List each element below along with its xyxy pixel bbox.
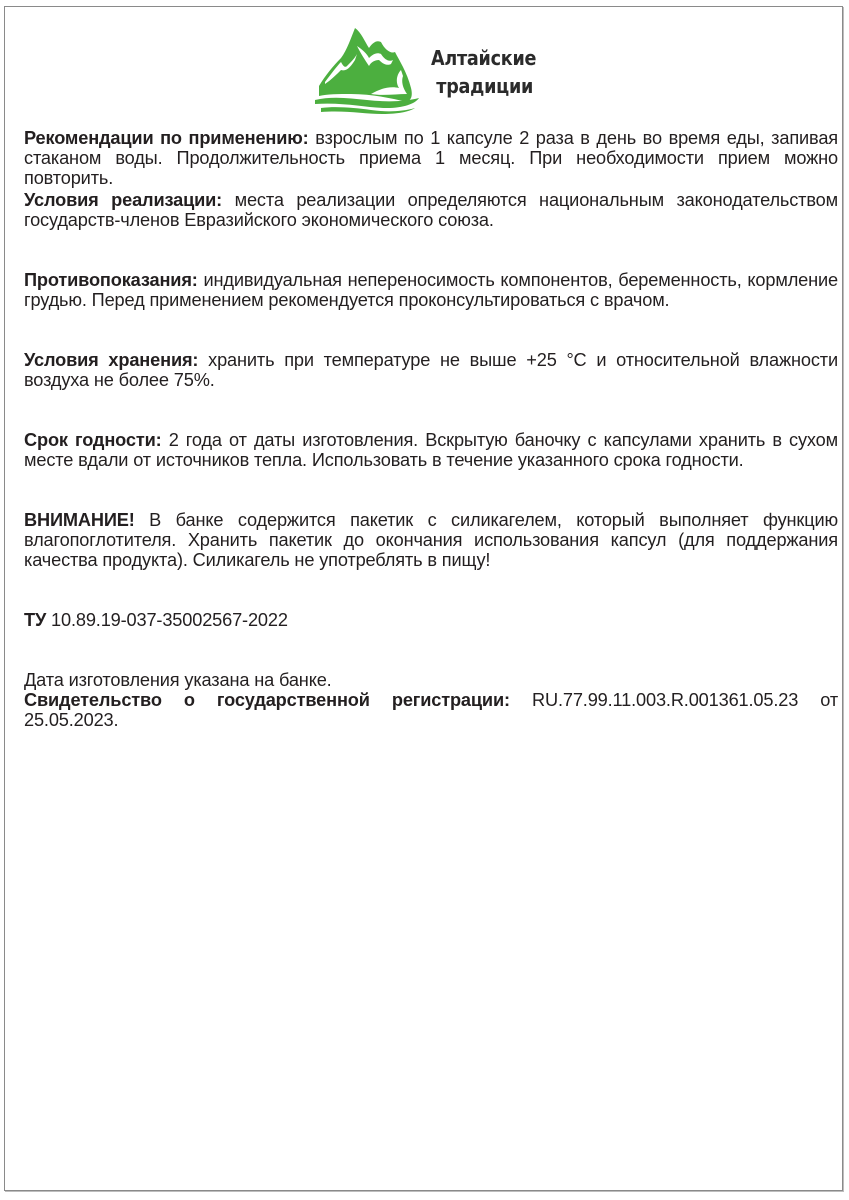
contraindications-label: Противопоказания: xyxy=(24,270,198,290)
sale-paragraph: Условия реализации: места реализации опр… xyxy=(24,190,838,230)
warning-paragraph: ВНИМАНИЕ! В банке содержится пакетик с с… xyxy=(24,510,838,570)
brand-name-line2: традиции xyxy=(431,72,536,100)
manufacture-date-paragraph: Дата изготовления указана на банке. xyxy=(24,670,838,690)
registration-paragraph: Свидетельство о государственной регистра… xyxy=(24,690,838,730)
warning-label: ВНИМАНИЕ! xyxy=(24,510,135,530)
contraindications-paragraph: Противопоказания: индивидуальная неперен… xyxy=(24,270,838,310)
storage-paragraph: Условия хранения: хранить при температур… xyxy=(24,350,838,390)
storage-label: Условия хранения: xyxy=(24,350,198,370)
shelf-life-paragraph: Срок годности: 2 года от даты изготовлен… xyxy=(24,430,838,470)
usage-paragraph: Рекомендации по применению: взрослым по … xyxy=(24,128,838,188)
tu-text: 10.89.19-037-35002567-2022 xyxy=(46,610,288,630)
brand-logo: Алтайские традиции xyxy=(311,24,551,114)
label-page: Алтайские традиции Рекомендации по приме… xyxy=(4,6,843,1191)
warning-text: В банке содержится пакетик с силикагелем… xyxy=(24,510,838,570)
brand-name: Алтайские традиции xyxy=(431,44,536,100)
tu-paragraph: ТУ 10.89.19-037-35002567-2022 xyxy=(24,610,838,630)
shelf-life-label: Срок годности: xyxy=(24,430,162,450)
mountain-logo-icon xyxy=(311,24,431,114)
brand-name-line1: Алтайские xyxy=(431,44,536,72)
tu-label: ТУ xyxy=(24,610,46,630)
sale-label: Условия реализации: xyxy=(24,190,222,210)
manufacture-date-text: Дата изготовления указана на банке. xyxy=(24,670,332,690)
label-content: Рекомендации по применению: взрослым по … xyxy=(24,128,838,730)
usage-label: Рекомендации по применению: xyxy=(24,128,309,148)
registration-label: Свидетельство о государственной регистра… xyxy=(24,690,510,710)
